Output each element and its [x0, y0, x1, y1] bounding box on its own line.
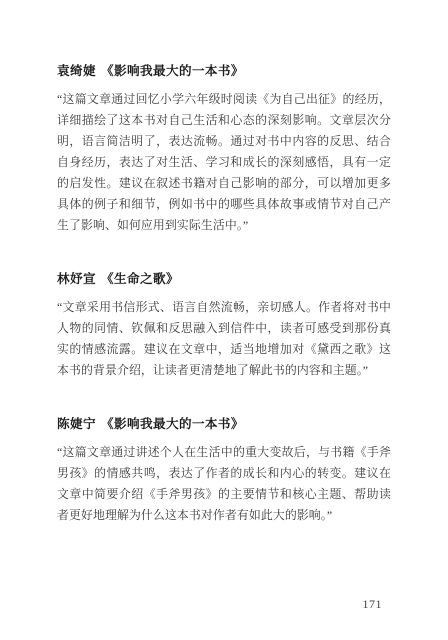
review-section-3: 陈婕宁《影响我最大的一本书》 “这篇文章通过讲述个人在生活中的重大变故后，与书籍…: [57, 416, 391, 526]
review-text: “这篇文章通过讲述个人在生活中的重大变故后，与书籍《手斧男孩》的情感共鸣，表达了…: [57, 442, 391, 526]
document-page: 袁绮婕《影响我最大的一本书》 “这篇文章通过回忆小学六年级时阅读《为自己出征》的…: [0, 0, 448, 640]
book-title: 《生命之歌》: [101, 272, 179, 286]
section-heading: 陈婕宁《影响我最大的一本书》: [57, 416, 391, 432]
page-content: 袁绮婕《影响我最大的一本书》 “这篇文章通过回忆小学六年级时阅读《为自己出征》的…: [57, 63, 391, 561]
book-title: 《影响我最大的一本书》: [101, 64, 244, 78]
book-title: 《影响我最大的一本书》: [101, 417, 244, 431]
section-heading: 袁绮婕《影响我最大的一本书》: [57, 63, 391, 79]
section-heading: 林妤宣《生命之歌》: [57, 271, 391, 287]
review-section-1: 袁绮婕《影响我最大的一本书》 “这篇文章通过回忆小学六年级时阅读《为自己出征》的…: [57, 63, 391, 236]
review-text: “文章采用书信形式、语言自然流畅，亲切感人。作者将对书中人物的同情、钦佩和反思融…: [57, 297, 391, 381]
author-name: 袁绮婕: [57, 64, 96, 78]
page-number: 171: [363, 597, 383, 612]
author-name: 陈婕宁: [57, 417, 96, 431]
author-name: 林妤宣: [57, 272, 96, 286]
review-text: “这篇文章通过回忆小学六年级时阅读《为自己出征》的经历，详细描绘了这本书对自己生…: [57, 89, 391, 236]
review-section-2: 林妤宣《生命之歌》 “文章采用书信形式、语言自然流畅，亲切感人。作者将对书中人物…: [57, 271, 391, 381]
